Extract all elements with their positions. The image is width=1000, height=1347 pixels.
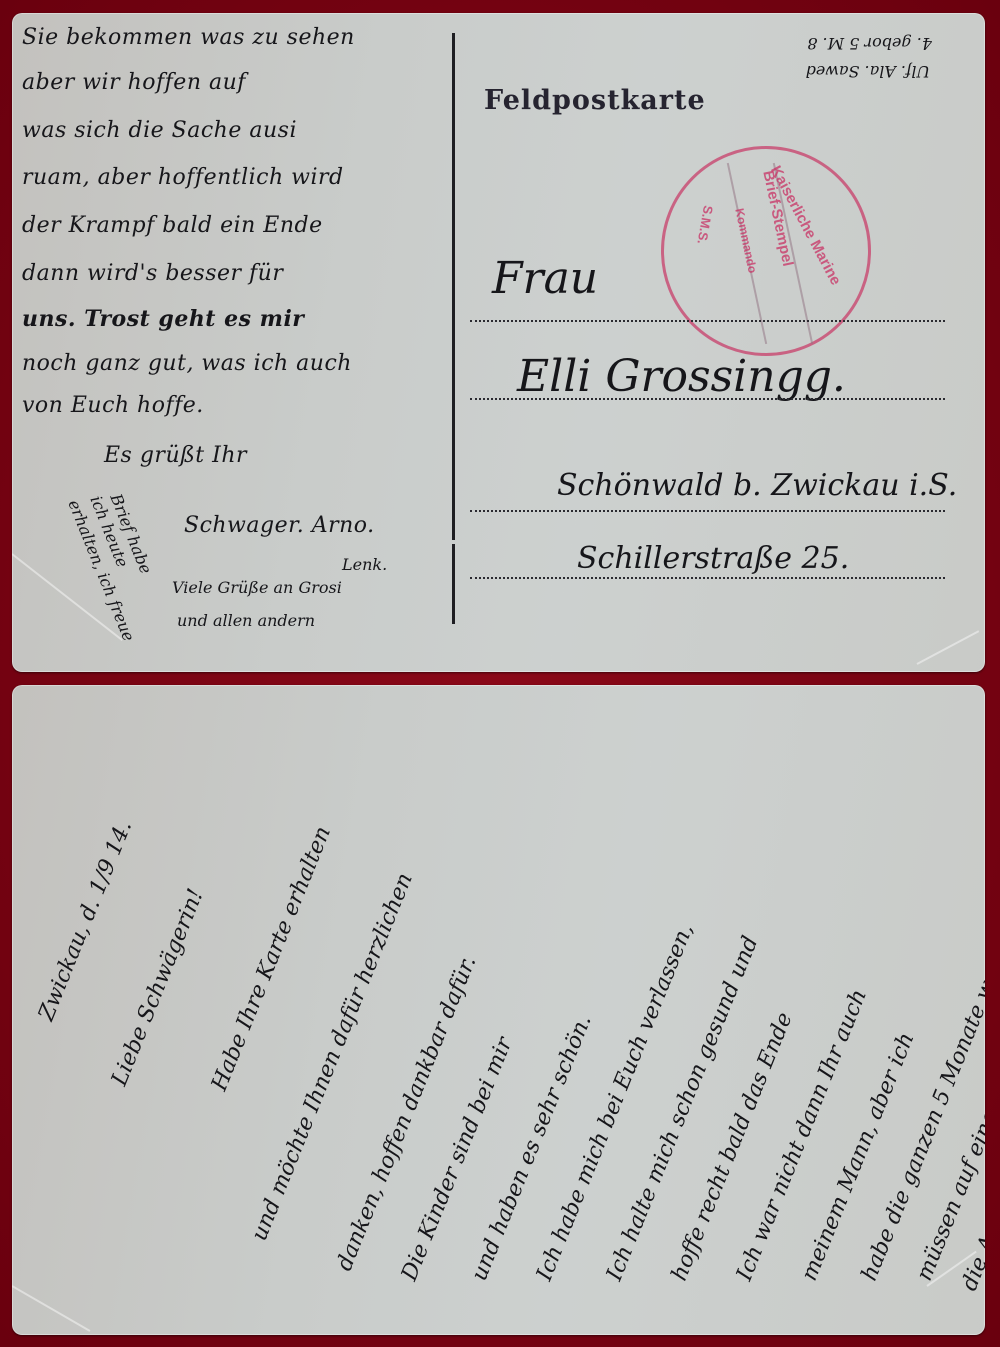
postcard-back: Zwickau, d. 1/9 14. Liebe Schwägerin! Ha… [12, 685, 985, 1335]
address-town: Schönwald b. Zwickau i.S. [557, 468, 957, 503]
message-line: Sie bekommen was zu sehen [22, 25, 355, 50]
postscript: und allen andern [177, 611, 315, 630]
message-line: der Krampf bald ein Ende [22, 213, 323, 238]
address-name: Elli Grossingg. [517, 351, 846, 402]
message-line: noch ganz gut, was ich auch [22, 351, 352, 376]
closing: Es grüßt Ihr [104, 443, 247, 468]
back-line: Habe Ihre Karte erhalten [207, 823, 336, 1094]
center-divider [452, 33, 455, 540]
back-line: Zwickau, d. 1/9 14. [34, 817, 137, 1024]
signature: Schwager. Arno. [184, 513, 375, 538]
message-line: von Euch hoffe. [22, 393, 204, 418]
message-line: aber wir hoffen auf [22, 70, 246, 95]
address-line [470, 398, 945, 400]
address-street: Schillerstraße 25. [577, 541, 849, 576]
back-line: Liebe Schwägerin! [107, 885, 209, 1089]
back-line: hoffe recht bald das Ende [667, 1009, 798, 1284]
address-salutation: Frau [492, 253, 598, 304]
center-divider [452, 544, 455, 624]
card-crease [12, 1285, 90, 1332]
back-line: Ich war nicht dann Ihr auch [732, 986, 872, 1285]
top-right-note: 4. gebor 5 M. 8 [807, 34, 932, 53]
message-line: dann wird's besser für [22, 261, 283, 286]
message-line: uns. Trost geht es mir [22, 306, 304, 332]
message-line: was sich die Sache ausi [22, 118, 297, 143]
top-right-note: Ulf. Ala. Sawed [806, 62, 930, 81]
address-line [470, 577, 945, 579]
stamp-left-text: S.M.S. [694, 204, 716, 245]
stamp-inner-text: Kommando [732, 207, 759, 274]
naval-postmark-stamp: Kaiserliche Marine Brief-Stempel Kommand… [661, 146, 871, 356]
postscript: Viele Grüße an Grosi [172, 578, 342, 597]
message-line: ruam, aber hoffentlich wird [22, 165, 344, 190]
address-line [470, 510, 945, 512]
signature-surname: Lenk. [342, 555, 387, 574]
card-crease [917, 630, 980, 665]
address-line [470, 320, 945, 322]
postcard-front: Sie bekommen was zu sehen aber wir hoffe… [12, 13, 985, 672]
card-title: Feldpostkarte [484, 85, 706, 116]
